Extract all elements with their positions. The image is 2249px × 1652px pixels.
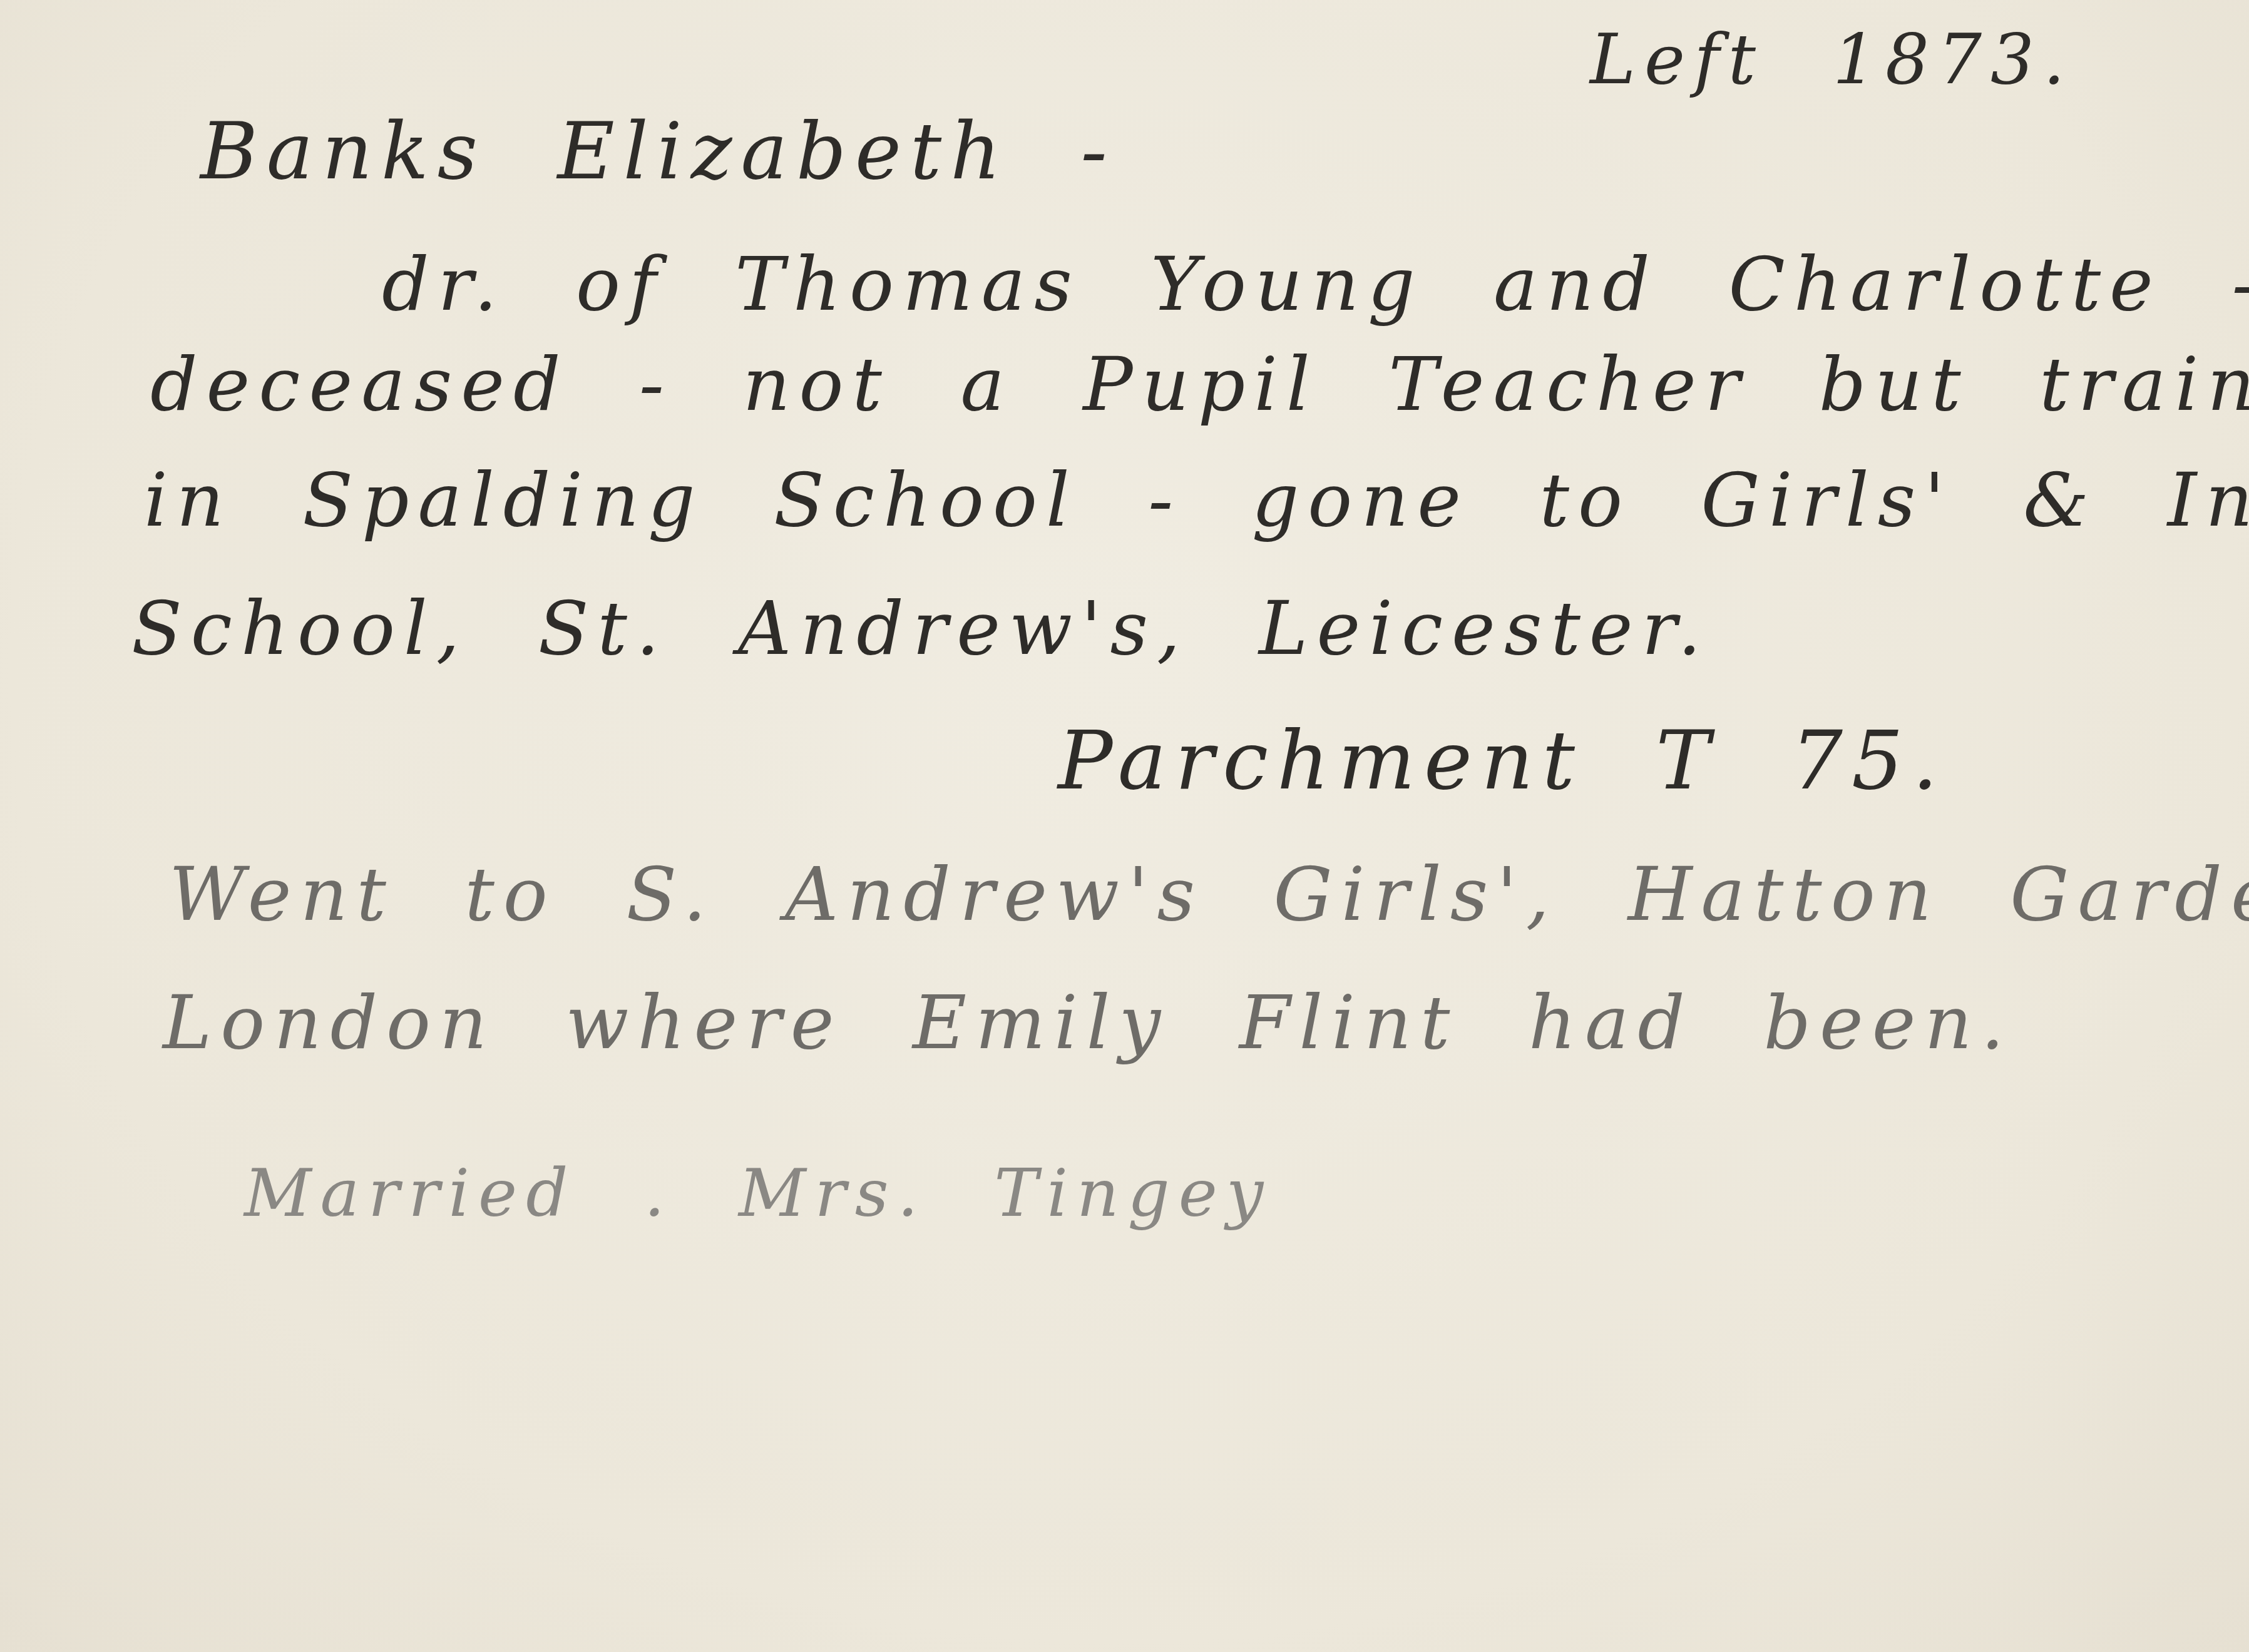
register-page: Left 1873. Banks Elizabeth - dr. of Thom… [0, 0, 2249, 1652]
married-name: Mrs. Tingey [739, 1161, 1272, 1226]
later-line-2: London where Emily Flint had been. [163, 986, 2013, 1059]
entry-name: Banks Elizabeth - [200, 113, 1116, 191]
body-line-1: dr. of Thomas Young and Charlotte - Fath… [382, 247, 2249, 321]
left-year-note: Left 1873. [1590, 25, 2074, 94]
later-line-1: Went to S. Andrew's Girls', Hatton Garde… [169, 857, 2249, 931]
body-line-2: deceased - not a Pupil Teacher but train… [150, 347, 2249, 421]
married-label: Married . [244, 1161, 674, 1226]
body-line-4: School, St. Andrew's, Leicester. [131, 591, 1710, 665]
body-line-3: in Spalding School - gone to Girls' & In… [144, 463, 2249, 537]
parchment-note: Parchment T 75. [1058, 720, 1947, 801]
